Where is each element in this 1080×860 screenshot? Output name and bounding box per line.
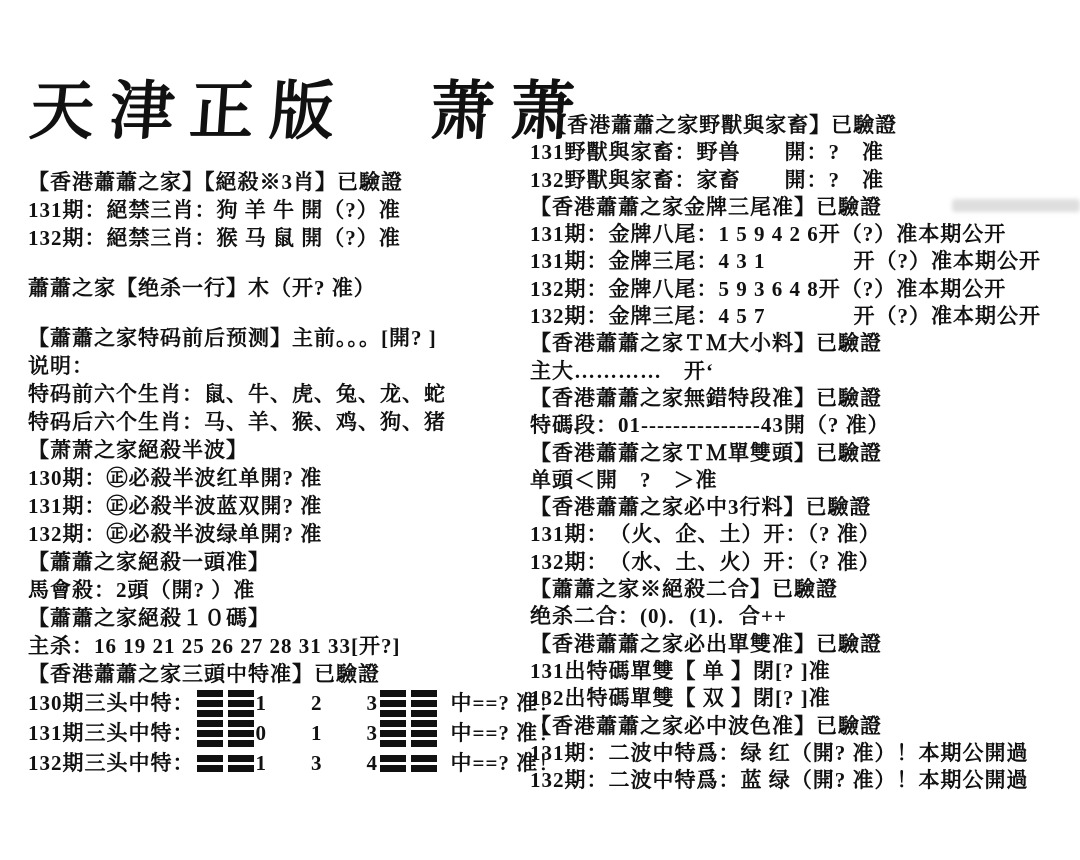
text-line: ‥【香港蕭蕭之家野獸與家畜】已驗證 <box>530 112 1080 139</box>
text-line: 【香港蕭蕭之家必出單雙准】已驗證 <box>530 631 1080 658</box>
trigram-bar <box>380 755 406 762</box>
trigram-bar <box>228 690 254 697</box>
trigram-bar <box>228 720 254 727</box>
text-line: 【蕭蕭之家※絕殺二合】已驗證 <box>530 576 1080 603</box>
left-column: 【香港蕭蕭之家】【絕殺※3肖】已驗證131期：絕禁三肖：狗 羊 牛 開（?）准1… <box>28 168 520 778</box>
text-line: 132野獸與家畜：家畜 開：? 准 <box>530 167 1080 194</box>
trigram-block <box>380 720 437 747</box>
text-line: 【香港蕭蕭之家ＴＭ大小料】已驗證 <box>530 330 1080 357</box>
trigram-bar <box>411 720 437 727</box>
trigram-bar <box>411 740 437 747</box>
text-line: 130期：㊣必殺半波红单開? 准 <box>28 464 520 492</box>
blank-line <box>28 302 520 324</box>
trigram-bar <box>197 740 223 747</box>
trigram-bar <box>380 730 406 737</box>
text-line: 特碼段：01---------------43開（? 准） <box>530 412 1080 439</box>
text-line: 132期：二波中特爲：蓝 绿（開? 准）！本期公開過 <box>530 767 1080 794</box>
trigram-bar <box>380 720 406 727</box>
trigram-block <box>197 755 254 772</box>
text-line: 132期：絕禁三肖：猴 马 鼠 開（?）准 <box>28 224 520 252</box>
three-head-label: 130期三头中特： <box>28 689 195 717</box>
text-line: 蕭蕭之家【绝杀一行】木（开? 准） <box>28 274 520 302</box>
text-line: 【蕭蕭之家絕殺１０碼】 <box>28 604 520 632</box>
text-line: 特码后六个生肖：马、羊、猴、鸡、狗、猪 <box>28 408 520 436</box>
text-line: 绝杀二合：(0)．(1)．合++ <box>530 603 1080 630</box>
text-line: 【萧萧之家絕殺半波】 <box>28 436 520 464</box>
three-head-row: 130期三头中特：1 2 3 中==? 准！ <box>28 688 520 718</box>
trigram-bar <box>380 690 406 697</box>
trigram-block <box>197 720 254 747</box>
trigram-bar <box>197 710 223 717</box>
three-head-row: 131期三头中特：0 1 3 中==? 准！ <box>28 718 520 748</box>
three-head-label: 132期三头中特： <box>28 749 195 777</box>
trigram-bar <box>228 765 254 772</box>
text-line: 【香港蕭蕭之家必中3行料】已驗證 <box>530 494 1080 521</box>
text-line: 132出特碼單雙【 双 】閉[? ]准 <box>530 685 1080 712</box>
three-head-numbers: 1 2 3 <box>256 689 379 717</box>
trigram-bar <box>411 765 437 772</box>
trigram-bar <box>197 690 223 697</box>
trigram-bar <box>197 755 223 762</box>
text-line: 131期：㊣必殺半波蓝双開? 准 <box>28 492 520 520</box>
trigram-block <box>380 690 437 717</box>
trigram-bar <box>411 710 437 717</box>
trigram-bar <box>411 755 437 762</box>
three-head-numbers: 1 3 4 <box>256 749 379 777</box>
trigram-bar <box>197 700 223 707</box>
trigram-bar <box>228 700 254 707</box>
trigram-bar <box>411 730 437 737</box>
text-line: 131期：金牌三尾：4 3 1 开（?）准本期公开 <box>530 248 1080 275</box>
blank-line <box>28 252 520 274</box>
text-line: 132期：㊣必殺半波绿单開? 准 <box>28 520 520 548</box>
trigram-bar <box>380 765 406 772</box>
trigram-bar <box>380 700 406 707</box>
text-line: 131出特碼單雙【 单 】閉[? ]准 <box>530 658 1080 685</box>
trigram-bar <box>228 755 254 762</box>
three-head-numbers: 0 1 3 <box>256 719 379 747</box>
trigram-bar <box>411 690 437 697</box>
three-head-label: 131期三头中特： <box>28 719 195 747</box>
text-line: 特码前六个生肖：鼠、牛、虎、兔、龙、蛇 <box>28 380 520 408</box>
trigram-block <box>380 755 437 772</box>
trigram-bar <box>411 700 437 707</box>
text-line: 【香港蕭蕭之家ＴＭ單雙頭】已驗證 <box>530 440 1080 467</box>
text-line: 【香港蕭蕭之家】【絕殺※3肖】已驗證 <box>28 168 520 196</box>
text-line: 132期：金牌八尾：5 9 3 6 4 8开（?）准本期公开 <box>530 276 1080 303</box>
trigram-bar <box>228 710 254 717</box>
text-line: 132期： （水、土、火）开：（? 准） <box>530 549 1080 576</box>
text-line: 【蕭蕭之家絕殺一頭准】 <box>28 548 520 576</box>
text-line: 【香港蕭蕭之家金牌三尾准】已驗證 <box>530 194 1080 221</box>
trigram-bar <box>380 740 406 747</box>
text-line: 主杀：16 19 21 25 26 27 28 31 33[开?] <box>28 632 520 660</box>
text-line: 132期：金牌三尾：4 5 7 开（?）准本期公开 <box>530 303 1080 330</box>
text-line: 【香港蕭蕭之家三頭中特准】已驗證 <box>28 660 520 688</box>
text-line: 131期：絕禁三肖：狗 羊 牛 開（?）准 <box>28 196 520 224</box>
trigram-bar <box>228 740 254 747</box>
page-title: 天津正版 萧萧 <box>27 62 594 162</box>
text-line: 【香港蕭蕭之家無錯特段准】已驗證 <box>530 385 1080 412</box>
trigram-bar <box>228 730 254 737</box>
text-line: 131期：二波中特爲：绿 红（開? 准）！本期公開過 <box>530 740 1080 767</box>
trigram-bar <box>197 765 223 772</box>
text-line: 【香港蕭蕭之家必中波色准】已驗證 <box>530 713 1080 740</box>
text-line: 馬會殺：2頭（開? ）准 <box>28 576 520 604</box>
text-line: 131期： （火、企、土）开：（? 准） <box>530 521 1080 548</box>
text-line: 【蕭蕭之家特码前后预测】主前。。。[開? ] <box>28 324 520 352</box>
text-line: 主大………… 开‘ <box>530 358 1080 385</box>
trigram-bar <box>197 720 223 727</box>
text-line: 131野獸與家畜：野兽 開：? 准 <box>530 139 1080 166</box>
lottery-tip-sheet-page: 天津正版 萧萧 【香港蕭蕭之家】【絕殺※3肖】已驗證131期：絕禁三肖：狗 羊 … <box>0 0 1080 860</box>
trigram-bar <box>197 730 223 737</box>
text-line: 单頭＜開 ? ＞准 <box>530 467 1080 494</box>
text-line: 131期：金牌八尾：1 5 9 4 2 6开（?）准本期公开 <box>530 221 1080 248</box>
trigram-bar <box>380 710 406 717</box>
trigram-block <box>197 690 254 717</box>
text-line: 说明： <box>28 352 520 380</box>
three-head-row: 132期三头中特：1 3 4 中==? 准！ <box>28 748 520 778</box>
right-column: ‥【香港蕭蕭之家野獸與家畜】已驗證131野獸與家畜：野兽 開：? 准132野獸與… <box>530 112 1080 794</box>
